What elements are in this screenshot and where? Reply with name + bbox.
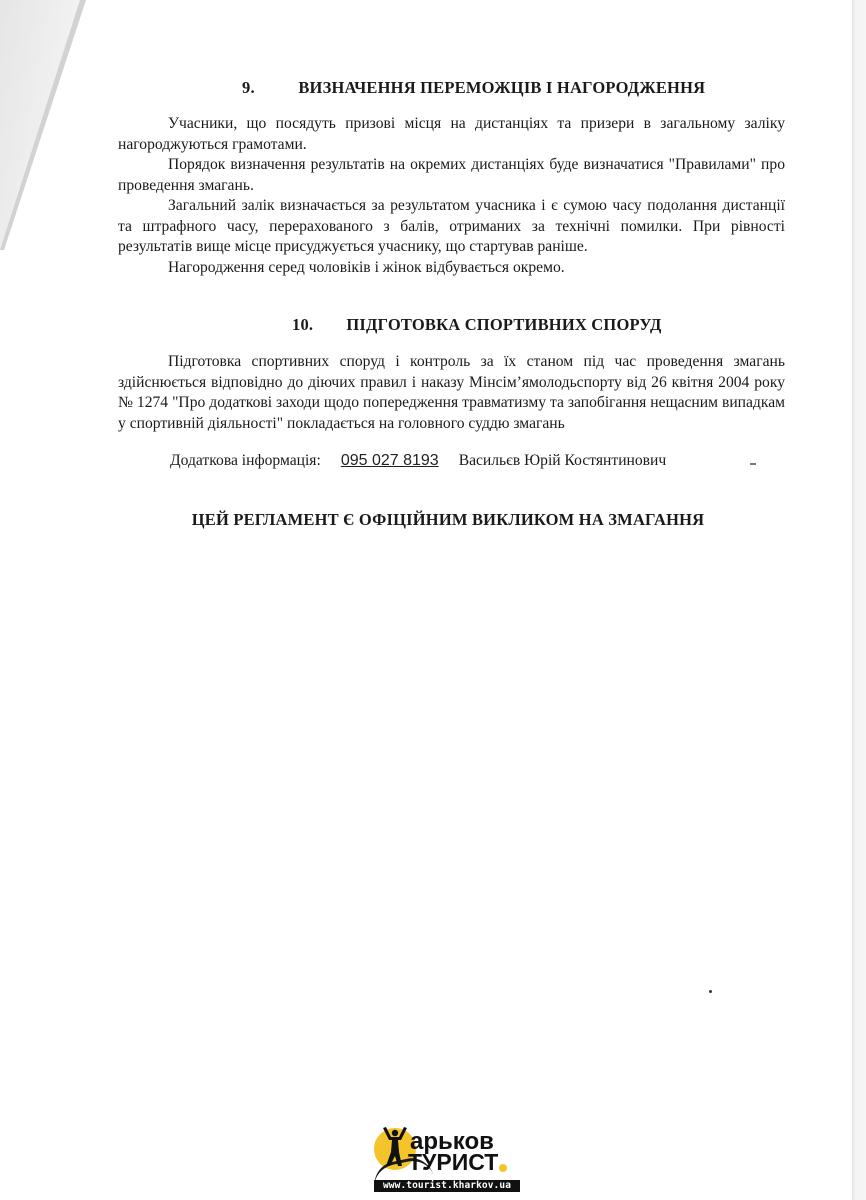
- paragraph-facilities: Підготовка спортивних споруд і контроль …: [118, 352, 785, 434]
- logo-url: www.tourist.kharkov.ua: [374, 1180, 520, 1192]
- contact-name: Васильєв Юрій Костянтинович: [459, 452, 667, 469]
- section-10-heading: 10. ПІДГОТОВКА СПОРТИВНИХ СПОРУД: [292, 315, 662, 335]
- contact-info: Додаткова інформація:095 027 8193Васильє…: [170, 452, 666, 470]
- closing-statement: ЦЕЙ РЕГЛАМЕНТ Є ОФІЦІЙНИМ ВИКЛИКОМ НА ЗМ…: [0, 510, 866, 530]
- section-title: ВИЗНАЧЕННЯ ПЕРЕМОЖЦІВ І НАГОРОДЖЕННЯ: [298, 78, 705, 98]
- contact-label: Додаткова інформація:: [170, 452, 321, 469]
- paragraph-results-order: Порядок визначення результатів на окреми…: [118, 155, 785, 196]
- scan-fold-shadow: [0, 0, 90, 360]
- paragraph-overall-standing: Загальний залік визначається за результа…: [118, 196, 785, 258]
- contact-phone-link[interactable]: 095 027 8193: [341, 452, 439, 469]
- paragraph-prizes: Учасники, що посядуть призові місця на д…: [118, 106, 785, 155]
- section-number: 9.: [242, 78, 294, 98]
- scan-speck: [709, 990, 712, 993]
- climber-icon: [380, 1126, 410, 1174]
- logo-dot-icon: [499, 1164, 507, 1172]
- logo-word-2: ТУРИСТ: [408, 1150, 498, 1174]
- paragraph-awards-separate: Нагородження серед чоловіків і жінок від…: [118, 258, 785, 279]
- scan-right-edge: [852, 0, 866, 1200]
- scan-mark: [750, 463, 756, 465]
- section-9-heading: 9. ВИЗНАЧЕННЯ ПЕРЕМОЖЦІВ І НАГОРОДЖЕННЯ: [242, 78, 705, 98]
- kharkov-tourist-logo: арьков ТУРИСТ www.tourist.kharkov.ua: [372, 1126, 522, 1194]
- section-title: ПІДГОТОВКА СПОРТИВНИХ СПОРУД: [346, 315, 661, 335]
- section-number: 10.: [292, 315, 342, 335]
